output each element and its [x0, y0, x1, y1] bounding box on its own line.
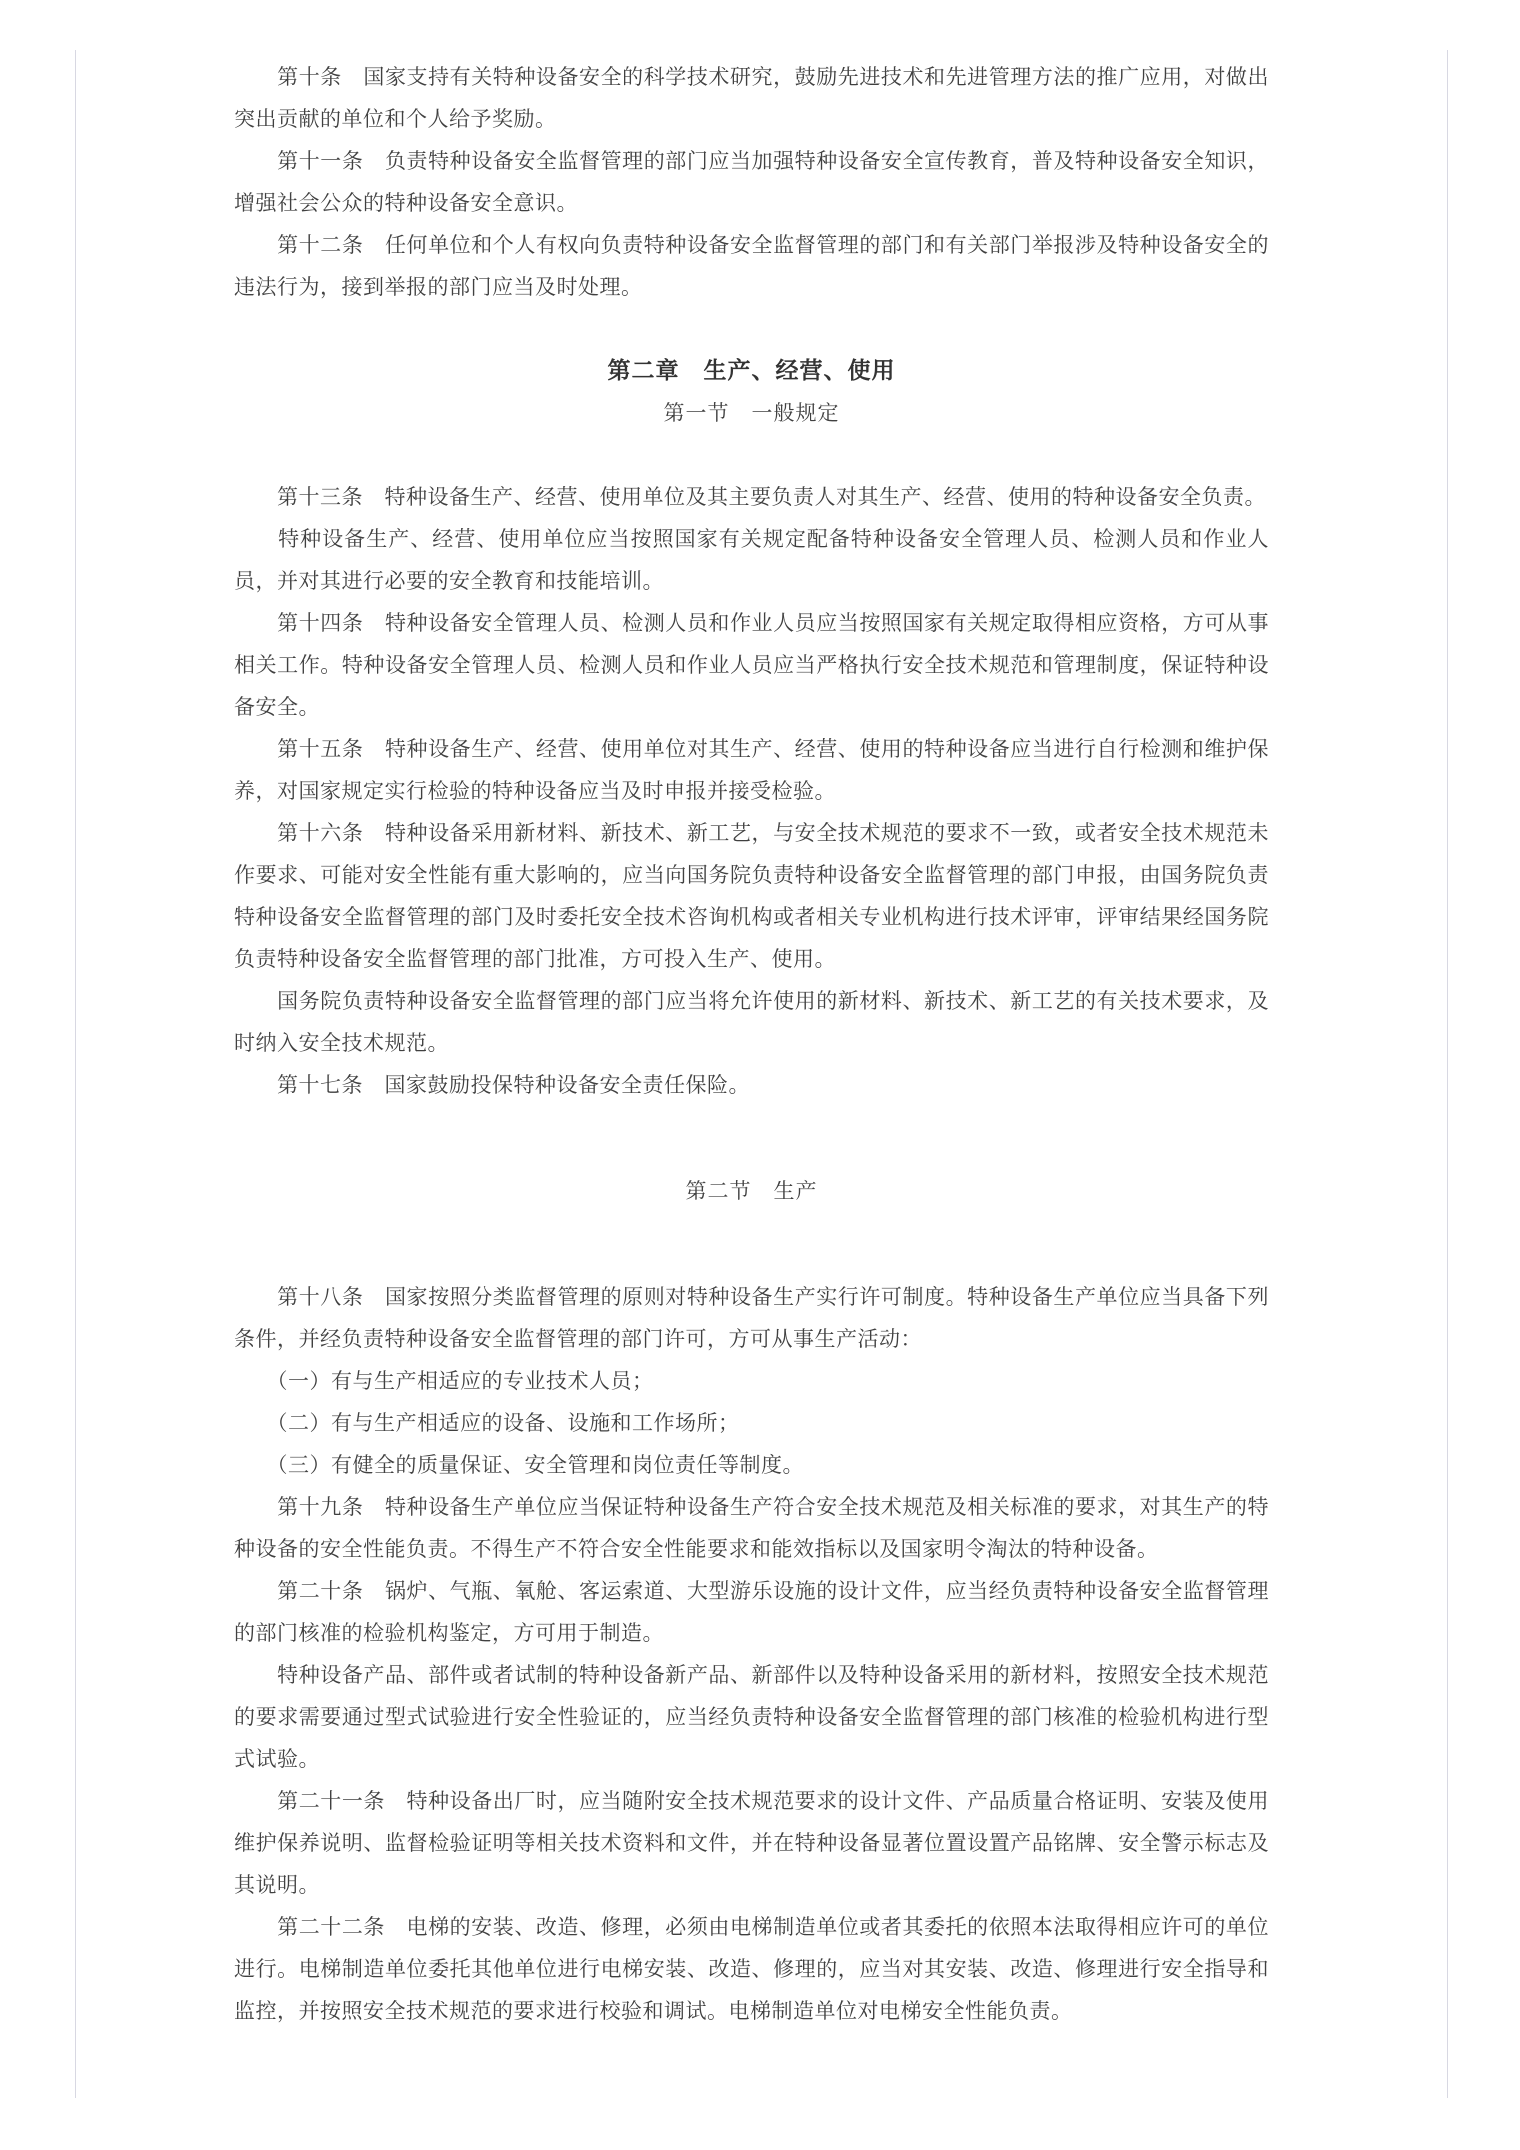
text-line: 第十七条 国家鼓励投保特种设备安全责任保险。	[234, 1064, 1269, 1106]
text-line: 其说明。	[234, 1864, 1269, 1906]
paragraph-block: 第十条 国家支持有关特种设备安全的科学技术研究，鼓励先进技术和先进管理方法的推广…	[234, 56, 1269, 308]
text-line: 第十条 国家支持有关特种设备安全的科学技术研究，鼓励先进技术和先进管理方法的推广…	[234, 56, 1269, 98]
text-line: 第十二条 任何单位和个人有权向负责特种设备安全监督管理的部门和有关部门举报涉及特…	[234, 224, 1269, 266]
text-line: 进行。电梯制造单位委托其他单位进行电梯安装、改造、修理的，应当对其安装、改造、修…	[234, 1948, 1269, 1990]
text-line: 违法行为，接到举报的部门应当及时处理。	[234, 266, 1269, 308]
document-content: 第十条 国家支持有关特种设备安全的科学技术研究，鼓励先进技术和先进管理方法的推广…	[76, 50, 1447, 2032]
text-line: 条件，并经负责特种设备安全监督管理的部门许可，方可从事生产活动：	[234, 1318, 1269, 1360]
text-line: 第十八条 国家按照分类监督管理的原则对特种设备生产实行许可制度。特种设备生产单位…	[234, 1276, 1269, 1318]
text-line: 养，对国家规定实行检验的特种设备应当及时申报并接受检验。	[234, 770, 1269, 812]
text-line: 第十九条 特种设备生产单位应当保证特种设备生产符合安全技术规范及相关标准的要求，…	[234, 1486, 1269, 1528]
document-page: 第十条 国家支持有关特种设备安全的科学技术研究，鼓励先进技术和先进管理方法的推广…	[75, 50, 1448, 2098]
text-line: 第十五条 特种设备生产、经营、使用单位对其生产、经营、使用的特种设备应当进行自行…	[234, 728, 1269, 770]
paragraph-block: 第十三条 特种设备生产、经营、使用单位及其主要负责人对其生产、经营、使用的特种设…	[234, 476, 1269, 1106]
text-line: （一）有与生产相适应的专业技术人员；	[234, 1360, 1269, 1402]
text-line: 第二十条 锅炉、气瓶、氧舱、客运索道、大型游乐设施的设计文件，应当经负责特种设备…	[234, 1570, 1269, 1612]
section-heading: 第一节 一般规定	[234, 392, 1269, 434]
text-line: 时纳入安全技术规范。	[234, 1022, 1269, 1064]
text-line: 突出贡献的单位和个人给予奖励。	[234, 98, 1269, 140]
chapter-heading: 第二章 生产、经营、使用	[234, 350, 1269, 392]
text-line: 第十一条 负责特种设备安全监督管理的部门应当加强特种设备安全宣传教育，普及特种设…	[234, 140, 1269, 182]
text-line: 员，并对其进行必要的安全教育和技能培训。	[234, 560, 1269, 602]
text-line: 第十六条 特种设备采用新材料、新技术、新工艺，与安全技术规范的要求不一致，或者安…	[234, 812, 1269, 854]
text-line: 的要求需要通过型式试验进行安全性验证的，应当经负责特种设备安全监督管理的部门核准…	[234, 1696, 1269, 1738]
section-heading: 第二节 生产	[234, 1170, 1269, 1212]
text-line: 特种设备安全监督管理的部门及时委托安全技术咨询机构或者相关专业机构进行技术评审，…	[234, 896, 1269, 938]
text-line: 负责特种设备安全监督管理的部门批准，方可投入生产、使用。	[234, 938, 1269, 980]
text-line: 监控，并按照安全技术规范的要求进行校验和调试。电梯制造单位对电梯安全性能负责。	[234, 1990, 1269, 2032]
text-line: 相关工作。特种设备安全管理人员、检测人员和作业人员应当严格执行安全技术规范和管理…	[234, 644, 1269, 686]
text-line: 维护保养说明、监督检验证明等相关技术资料和文件，并在特种设备显著位置设置产品铭牌…	[234, 1822, 1269, 1864]
text-line: 增强社会公众的特种设备安全意识。	[234, 182, 1269, 224]
text-line: 国务院负责特种设备安全监督管理的部门应当将允许使用的新材料、新技术、新工艺的有关…	[234, 980, 1269, 1022]
text-line: 第十四条 特种设备安全管理人员、检测人员和作业人员应当按照国家有关规定取得相应资…	[234, 602, 1269, 644]
text-line: 种设备的安全性能负责。不得生产不符合安全性能要求和能效指标以及国家明令淘汰的特种…	[234, 1528, 1269, 1570]
text-line: 的部门核准的检验机构鉴定，方可用于制造。	[234, 1612, 1269, 1654]
text-line: （二）有与生产相适应的设备、设施和工作场所；	[234, 1402, 1269, 1444]
text-line: 特种设备生产、经营、使用单位应当按照国家有关规定配备特种设备安全管理人员、检测人…	[234, 518, 1269, 560]
text-line: 第二十二条 电梯的安装、改造、修理，必须由电梯制造单位或者其委托的依照本法取得相…	[234, 1906, 1269, 1948]
text-line: 第十三条 特种设备生产、经营、使用单位及其主要负责人对其生产、经营、使用的特种设…	[234, 476, 1269, 518]
text-line: 第二十一条 特种设备出厂时，应当随附安全技术规范要求的设计文件、产品质量合格证明…	[234, 1780, 1269, 1822]
text-line: 特种设备产品、部件或者试制的特种设备新产品、新部件以及特种设备采用的新材料，按照…	[234, 1654, 1269, 1696]
text-line: 作要求、可能对安全性能有重大影响的，应当向国务院负责特种设备安全监督管理的部门申…	[234, 854, 1269, 896]
text-line: 备安全。	[234, 686, 1269, 728]
text-line: 式试验。	[234, 1738, 1269, 1780]
paragraph-block: 第十八条 国家按照分类监督管理的原则对特种设备生产实行许可制度。特种设备生产单位…	[234, 1276, 1269, 2032]
text-line: （三）有健全的质量保证、安全管理和岗位责任等制度。	[234, 1444, 1269, 1486]
